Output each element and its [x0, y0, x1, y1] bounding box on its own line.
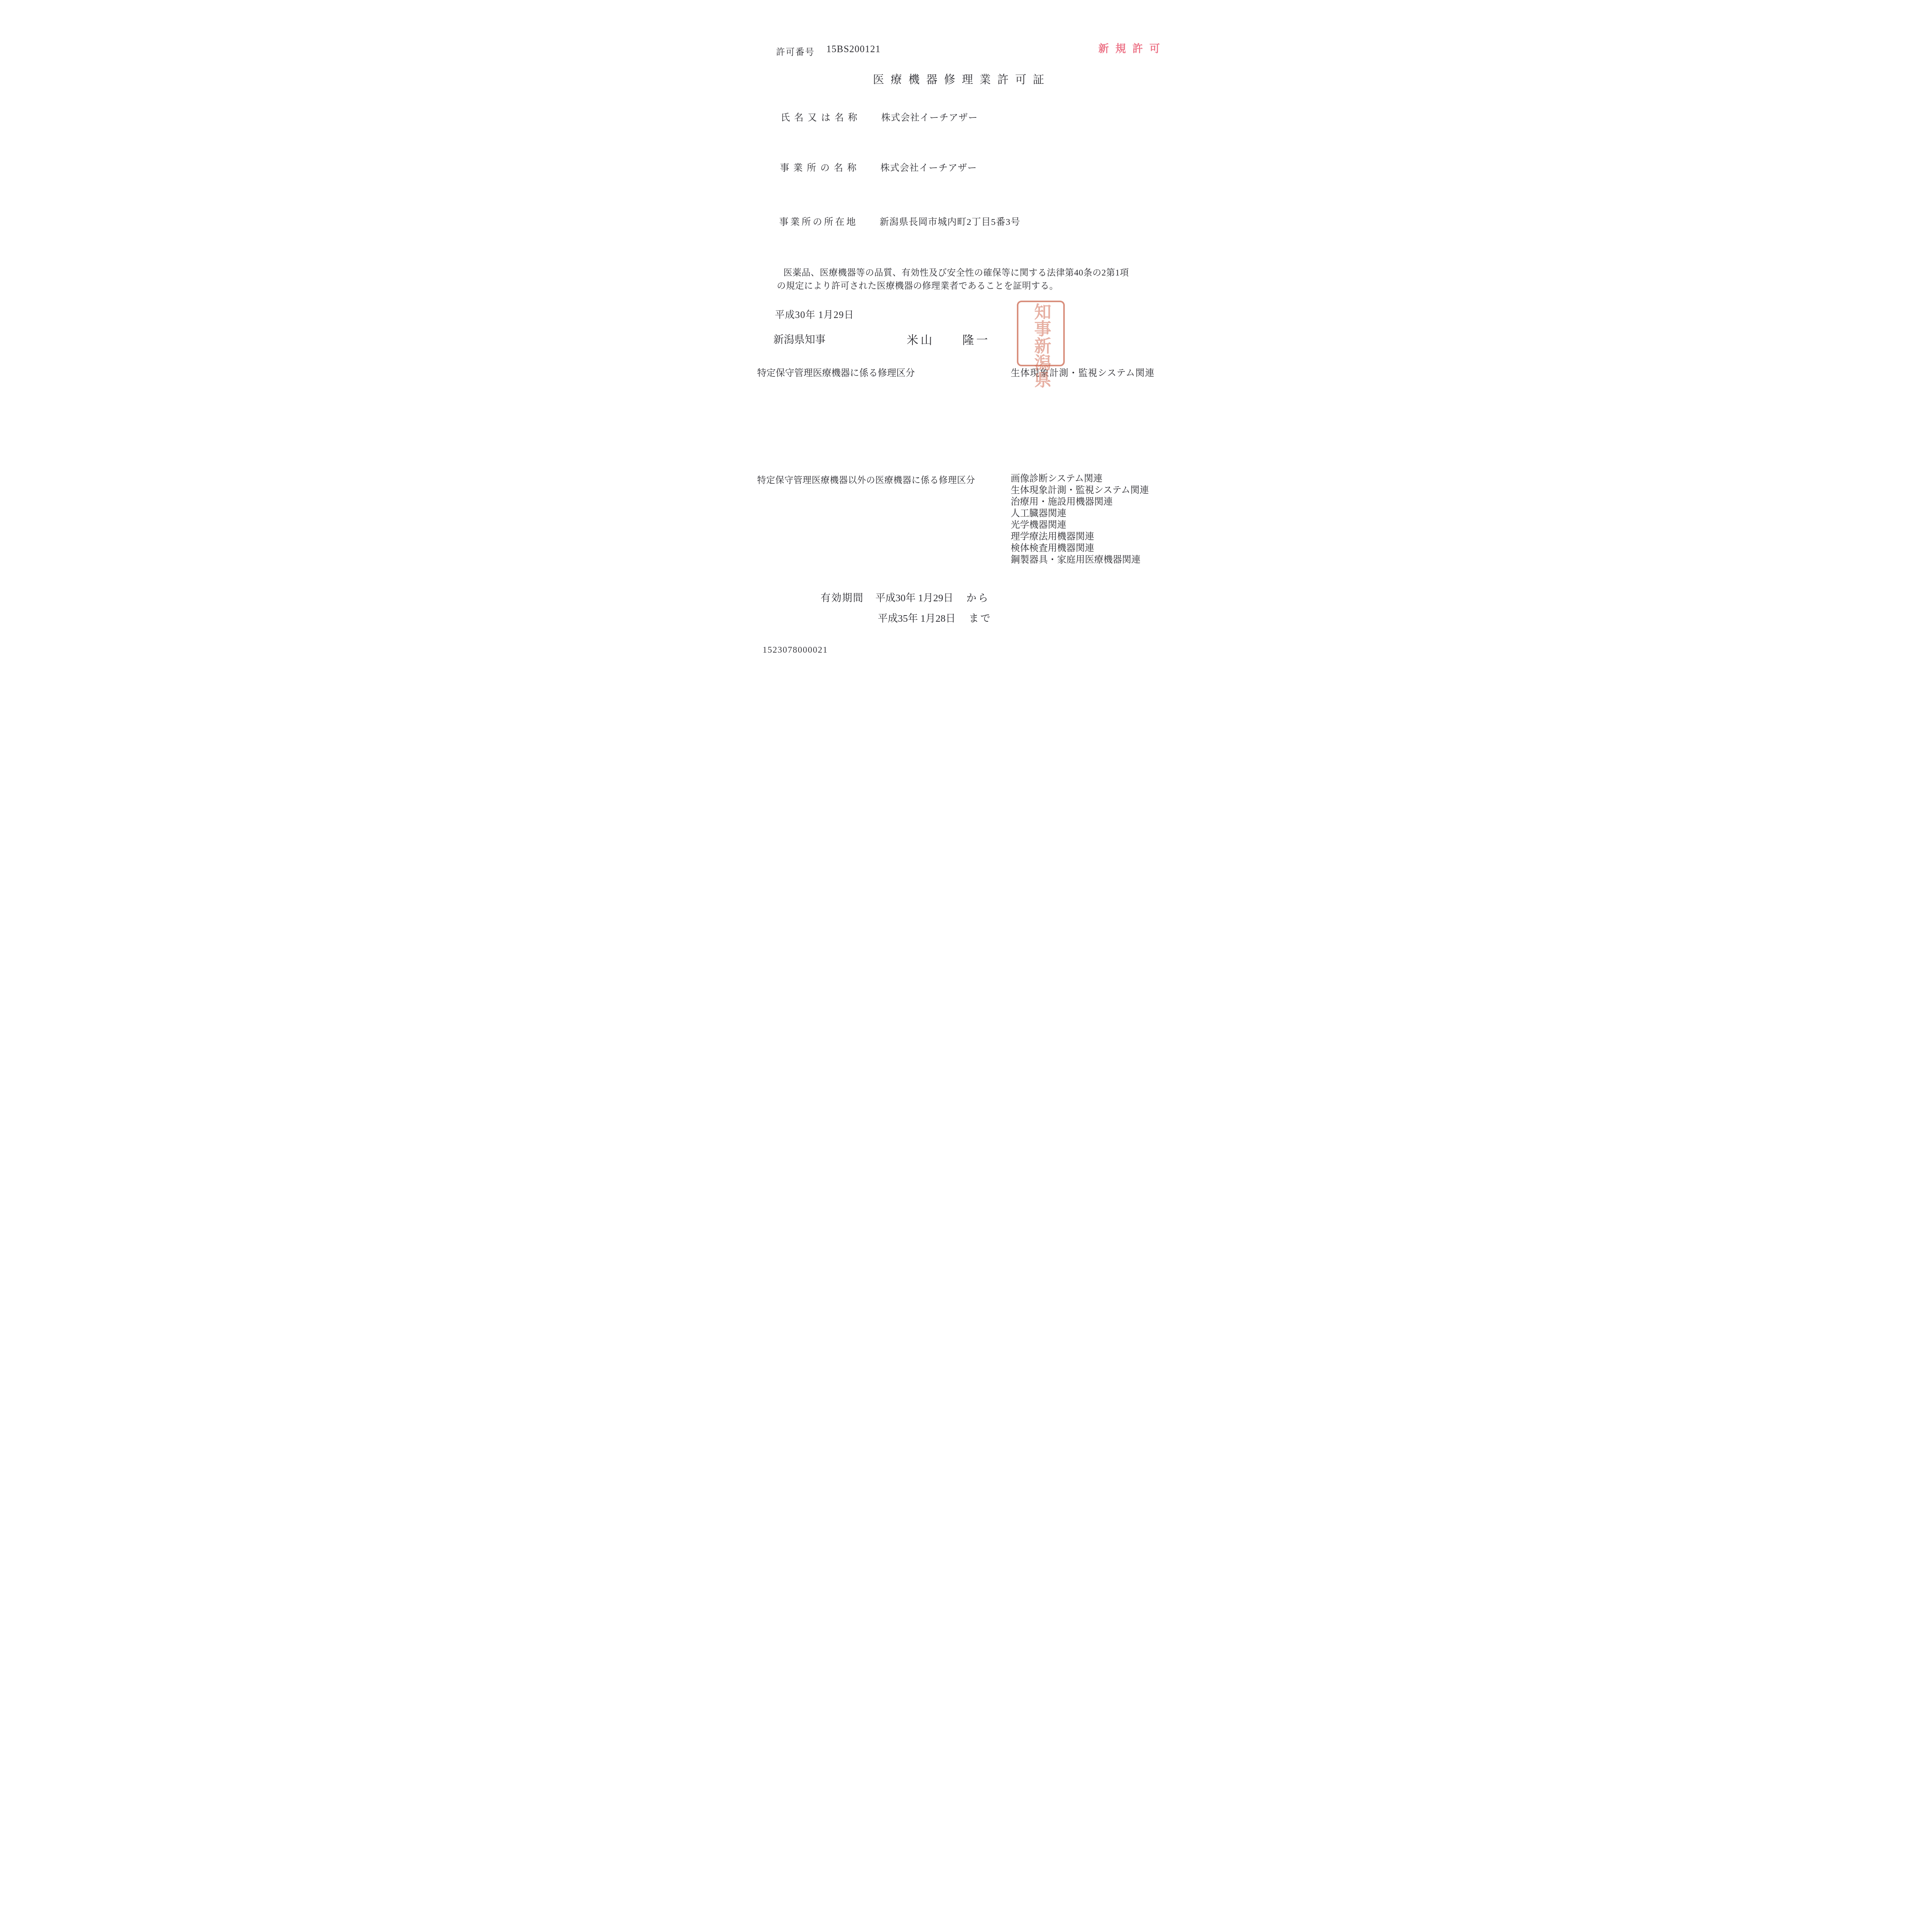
- certification-text-line1: 医薬品、医療機器等の品質、有効性及び安全性の確保等に関する法律第40条の2第1項: [783, 265, 1129, 278]
- validity-from-suffix: から: [967, 592, 990, 604]
- field-value-office-name: 株式会社イーチアザー: [880, 163, 977, 173]
- category-item: 理学療法用機器関連: [1011, 531, 1149, 543]
- permit-number-label: 許可番号: [776, 45, 815, 58]
- validity-to-row: 平成35年 1月28日まで: [878, 611, 992, 625]
- field-row-name: 氏名又は名称株式会社イーチアザー: [781, 110, 978, 123]
- category-item: 生体現象計測・監視システム関連: [1011, 485, 1149, 496]
- validity-from-date: 平成30年 1月29日: [875, 592, 953, 604]
- new-permit-stamp: 新規許可: [1098, 40, 1166, 55]
- document-number: 1523078000021: [763, 645, 828, 655]
- governor-seal-text: 新潟県 知事: [1019, 303, 1062, 364]
- validity-from-row: 有効期間平成30年 1月29日から: [821, 590, 990, 604]
- issuer-title: 新潟県知事: [773, 334, 826, 345]
- category-item: 検体検査用機器関連: [1011, 543, 1149, 554]
- permit-number-value: 15BS200121: [826, 44, 881, 55]
- issuer-name-family: 米山: [907, 334, 935, 347]
- validity-label: 有効期間: [821, 592, 864, 604]
- field-value-office-address: 新潟県長岡市城内町2丁目5番3号: [880, 217, 1020, 227]
- certification-text-line2: の規定により許可された医療機器の修理業者であることを証明する。: [777, 279, 1059, 291]
- field-value-name: 株式会社イーチアザー: [881, 113, 978, 123]
- certificate-page: 許可番号 15BS200121 新規許可 医療機器修理業許可証 氏名又は名称株式…: [719, 0, 1198, 678]
- seal-column-left: 知事: [1032, 303, 1049, 337]
- validity-to-suffix: まで: [969, 613, 992, 624]
- field-label-name: 氏名又は名称: [781, 110, 857, 123]
- category-item: 治療用・施設用機器関連: [1011, 496, 1149, 508]
- field-row-office-name: 事業所の名称株式会社イーチアザー: [780, 160, 977, 173]
- issuer-name: 米山隆一: [907, 330, 990, 347]
- field-label-office-name: 事業所の名称: [780, 160, 856, 173]
- field-label-office-address: 事業所の所在地: [779, 214, 856, 228]
- validity-to-date: 平成35年 1月28日: [878, 613, 956, 624]
- issue-date: 平成30年 1月29日: [775, 307, 854, 321]
- non-specified-category-label: 特定保守管理医療機器以外の医療機器に係る修理区分: [757, 473, 975, 486]
- seal-column-right: 新潟県: [1032, 337, 1049, 388]
- category-item: 光学機器関連: [1011, 519, 1149, 531]
- category-item: 画像診断システム関連: [1011, 473, 1149, 485]
- category-item: 人工臓器関連: [1011, 508, 1149, 519]
- governor-seal-stamp: 新潟県 知事: [1017, 301, 1065, 366]
- category-item: 鋼製器具・家庭用医療機器関連: [1011, 554, 1149, 566]
- issuer-name-given: 隆一: [962, 334, 990, 347]
- issuer-row: 新潟県知事 米山隆一: [773, 331, 826, 346]
- field-row-office-address: 事業所の所在地新潟県長岡市城内町2丁目5番3号: [779, 214, 1020, 228]
- page-title: 医療機器修理業許可証: [719, 71, 1198, 87]
- non-specified-category-list: 画像診断システム関連 生体現象計測・監視システム関連 治療用・施設用機器関連 人…: [1011, 473, 1149, 566]
- specified-category-label: 特定保守管理医療機器に係る修理区分: [757, 365, 915, 379]
